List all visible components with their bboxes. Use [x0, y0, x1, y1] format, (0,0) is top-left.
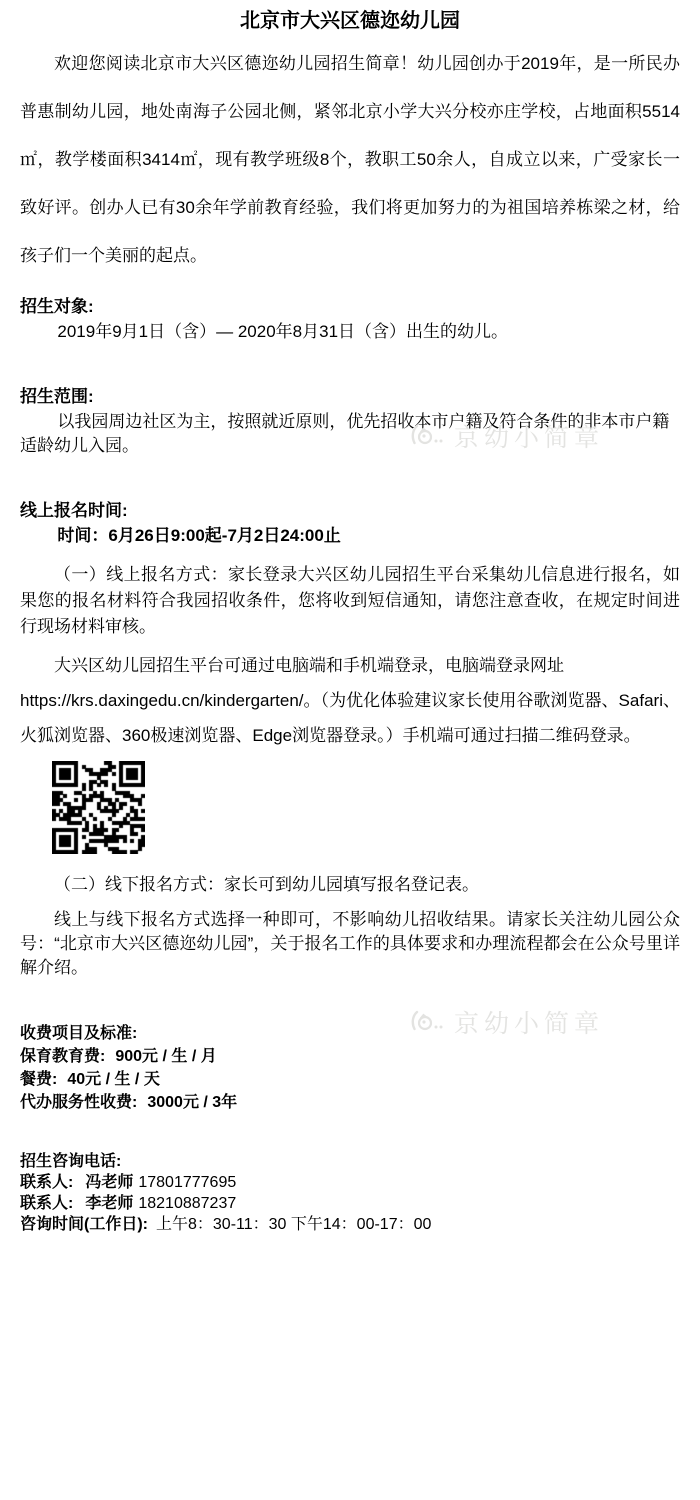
section-heading-target: 招生对象:	[20, 296, 680, 318]
section-heading-fees: 收费项目及标准:	[20, 1024, 680, 1044]
consult-hours-value: 上午8：30-11：30 下午14：00-17：00	[156, 1216, 431, 1233]
intro-paragraph: 欢迎您阅读北京市大兴区德迩幼儿园招生简章！幼儿园创办于2019年，是一所民办普惠…	[20, 40, 680, 280]
platform-url-paragraph: https://krs.daxingedu.cn/kindergarten/。（…	[20, 683, 680, 753]
fee-row-tuition: 保育教育费:900元 / 生 / 月	[20, 1046, 680, 1067]
consult-hours-label: 咨询时间(工作日):	[20, 1216, 148, 1233]
contact-label: 联系人:	[20, 1174, 73, 1191]
target-text: 2019年9月1日（含）— 2020年8月31日（含）出生的幼儿。	[20, 320, 680, 344]
fee-label: 餐费:	[20, 1071, 57, 1088]
fee-label: 保育教育费:	[20, 1048, 105, 1065]
contact-row-1: 联系人:冯老师17801777695	[20, 1172, 680, 1193]
fee-value: 900元 / 生 / 月	[115, 1048, 216, 1065]
document-page: { "doc": { "title": "北京市大兴区德迩幼儿园", "intr…	[0, 0, 700, 1500]
platform-intro-paragraph: 大兴区幼儿园招生平台可通过电脑端和手机端登录，电脑端登录网址	[20, 648, 680, 683]
scope-text: 以我园周边社区为主，按照就近原则，优先招收本市户籍及符合条件的非本市户籍适龄幼儿…	[20, 410, 680, 458]
fee-row-service: 代办服务性收费:3000元 / 3年	[20, 1092, 680, 1113]
document-body: 北京市大兴区德迩幼儿园 欢迎您阅读北京市大兴区德迩幼儿园招生简章！幼儿园创办于2…	[0, 0, 700, 1235]
offline-method-paragraph: （二）线下报名方式：家长可到幼儿园填写报名登记表。	[20, 872, 680, 898]
schedule-time-text: 时间：6月26日9:00起-7月2日24:00止	[20, 524, 680, 548]
fee-label: 代办服务性收费:	[20, 1094, 137, 1111]
contact-phone: 18210887237	[138, 1195, 236, 1212]
section-heading-schedule: 线上报名时间:	[20, 500, 680, 522]
contact-name: 冯老师	[85, 1174, 133, 1191]
contact-name: 李老师	[85, 1195, 133, 1212]
online-method-paragraph: （一）线上报名方式：家长登录大兴区幼儿园招生平台采集幼儿信息进行报名，如果您的报…	[20, 562, 680, 640]
registration-qr-code	[52, 761, 145, 854]
note-paragraph: 线上与线下报名方式选择一种即可，不影响幼儿招收结果。请家长关注幼儿园公众号：“北…	[20, 908, 680, 980]
section-heading-contact: 招生咨询电话:	[20, 1151, 680, 1172]
qr-code-image	[52, 761, 145, 854]
page-title: 北京市大兴区德迩幼儿园	[20, 8, 680, 34]
contact-row-2: 联系人:李老师18210887237	[20, 1193, 680, 1214]
fee-row-meal: 餐费:40元 / 生 / 天	[20, 1069, 680, 1090]
contact-phone: 17801777695	[138, 1174, 236, 1191]
fee-value: 40元 / 生 / 天	[67, 1071, 159, 1088]
section-heading-scope: 招生范围:	[20, 386, 680, 408]
fee-value: 3000元 / 3年	[147, 1094, 237, 1111]
consult-hours-row: 咨询时间(工作日):上午8：30-11：30 下午14：00-17：00	[20, 1214, 680, 1235]
contact-label: 联系人:	[20, 1195, 73, 1212]
